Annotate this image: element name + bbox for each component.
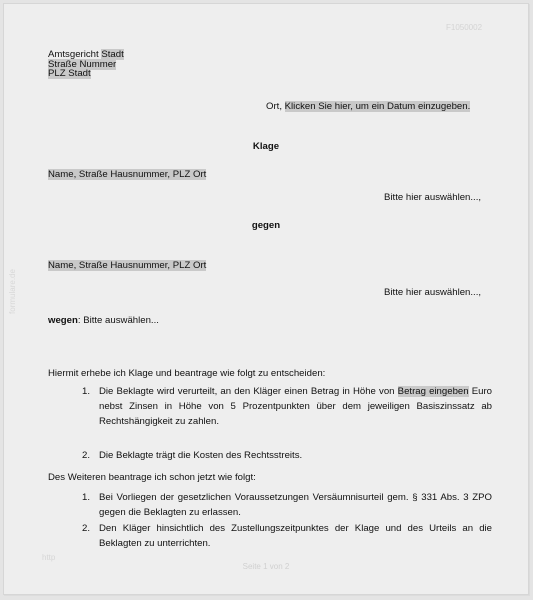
further-intro: Des Weiteren beantrage ich schon jetzt w… [48,472,256,483]
claim-intro: Hiermit erhebe ich Klage und beantrage w… [48,368,325,379]
claim-text: Den Kläger hinsichtlich des Zustellungsz… [99,521,492,551]
date-picker-field[interactable]: Klicken Sie hier, um ein Datum einzugebe… [285,101,471,112]
reason-label: wegen [48,315,78,326]
court-address: Amtsgericht Stadt Straße Nummer PLZ Stad… [48,50,124,79]
amount-field[interactable]: Betrag eingeben [398,386,469,397]
document-page: F1050002 formulare.de Amtsgericht Stadt … [3,3,529,595]
against-label: gegen [4,220,528,231]
defendant-role-select[interactable]: Bitte hier auswählen..., [384,287,481,298]
claim-text: Die Beklagte wird verurteilt, an den Klä… [99,384,492,429]
watermark: formulare.de [7,269,18,314]
reason-select[interactable]: : Bitte auswählen... [78,315,159,326]
claim-text: Bei Vorliegen der gesetzlichen Vorausset… [99,490,492,520]
document-id: F1050002 [446,22,482,33]
place-prefix: Ort, [266,101,285,112]
document-title: Klage [4,141,528,152]
date-line: Ort, Klicken Sie hier, um ein Datum einz… [266,101,470,112]
claim-text: Die Beklagte trägt die Kosten des Rechts… [99,448,492,463]
defendant-address-field[interactable]: Name, Straße Hausnummer, PLZ Ort [48,260,206,271]
court-zip-city-field[interactable]: PLZ Stadt [48,68,91,79]
plaintiff-address-field[interactable]: Name, Straße Hausnummer, PLZ Ort [48,169,206,180]
reason-line: wegen: Bitte auswählen... [48,315,159,326]
defendant: Name, Straße Hausnummer, PLZ Ort [48,260,206,271]
page-number: Seite 1 von 2 [4,561,528,572]
plaintiff: Name, Straße Hausnummer, PLZ Ort [48,169,206,180]
plaintiff-role-select[interactable]: Bitte hier auswählen..., [384,192,481,203]
